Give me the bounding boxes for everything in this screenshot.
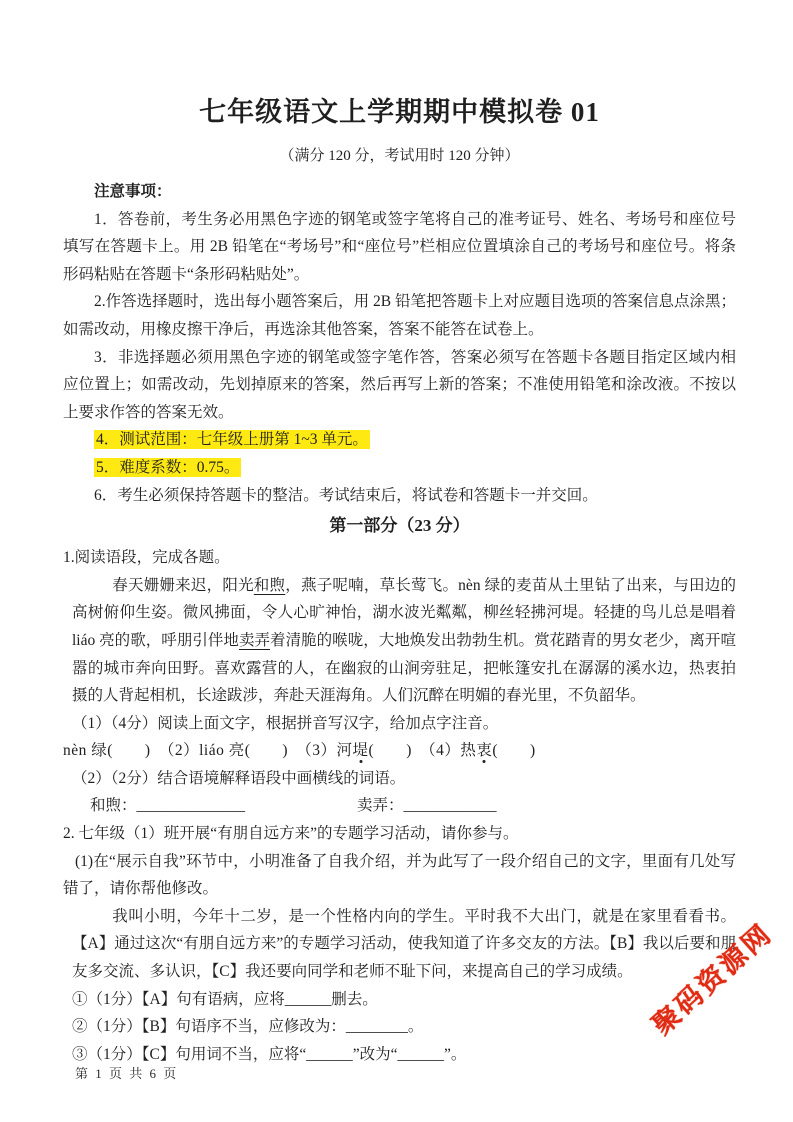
page-title: 七年级语文上学期期中模拟卷 01 [63,90,736,129]
underlined-word-mainong: 卖弄 [239,632,270,649]
pinyin-segment: ( ) （4）热 [369,742,477,759]
highlighted-text-difficulty: 5．难度系数：0.75。 [94,458,241,477]
q1-sub2-label: （2）（2分）结合语境解释语段中画横线的词语。 [63,765,736,793]
q2-part1-text: (1)在“展示自我”环节中，小明准备了自我介绍，并为此写了一段介绍自己的文字，里… [63,848,736,903]
q2-fix-item-2: ②（1分）【B】句语序不当，应修改为：________。 [63,1013,736,1041]
notice-item-2: 2.作答选择题时，选出每小题答案后，用 2B 铅笔把答题卡上对应题目选项的答案信… [63,288,736,343]
q2-fix-item-1: ①（1分）【A】句有语病，应将______删去。 [63,986,736,1014]
page-number: 第 1 页 共 6 页 [75,1063,178,1082]
dotted-char-di: 堤 [353,742,369,759]
pinyin-segment: ( ) [492,742,535,759]
q1-sub1-label: （1）（4分）阅读上面文字，根据拼音写汉字，给加点字注音。 [63,710,736,738]
notice-item-1: 1．答卷前，考生务必用黑色字迹的钢笔或签字笔将自己的准考证号、姓名、考场号和座位… [63,206,736,289]
question-1-passage: 春天姗姗来迟，阳光和煦，燕子呢喃，草长莺飞。nèn 绿的麦苗从土里钻了出来，与田… [72,572,736,710]
question-1-intro: 1.阅读语段，完成各题。 [63,544,736,572]
exam-page: 七年级语文上学期期中模拟卷 01 （满分 120 分，考试用时 120 分钟） … [0,0,793,1122]
pinyin-segment: nèn 绿( ) （2）liáo 亮( ) （3）河 [63,742,353,759]
blank-hexu: 和煦：______________ [90,797,245,814]
blank-mainong: 卖弄：____________ [357,797,497,814]
q1-definition-blanks: 和煦：______________卖弄：____________ [63,792,736,820]
notice-item-5: 5．难度系数：0.75。 [63,454,736,482]
exam-subtitle: （满分 120 分，考试用时 120 分钟） [63,144,736,165]
section-1-heading: 第一部分（23 分） [63,512,736,540]
dotted-char-zhong: 衷 [476,742,492,759]
notice-item-3: 3．非选择题必须用黑色字迹的钢笔或签字笔作答，答案必须写在答题卡各题目指定区域内… [63,344,736,427]
question-2-intro: 2. 七年级（1）班开展“有朋自远方来”的专题学习活动，请你参与。 [63,820,736,848]
passage-segment: 春天姗姗来迟，阳光 [112,577,254,594]
notice-item-4: 4．测试范围：七年级上册第 1~3 单元。 [63,426,736,454]
page-content: 七年级语文上学期期中模拟卷 01 （满分 120 分，考试用时 120 分钟） … [63,90,736,1068]
question-2-passage: 我叫小明，今年十二岁，是一个性格内向的学生。平时我不大出门，就是在家里看看书。【… [72,903,736,986]
notice-item-6: 6．考生必须保持答题卡的整洁。考试结束后，将试卷和答题卡一并交回。 [63,482,736,510]
highlighted-text-test-scope: 4．测试范围：七年级上册第 1~3 单元。 [94,430,370,449]
underlined-word-hexu: 和煦 [254,577,285,594]
notice-heading: 注意事项： [63,178,736,206]
q1-pinyin-blanks: nèn 绿( ) （2）liáo 亮( ) （3）河堤( ) （4）热衷( ) [63,737,736,765]
